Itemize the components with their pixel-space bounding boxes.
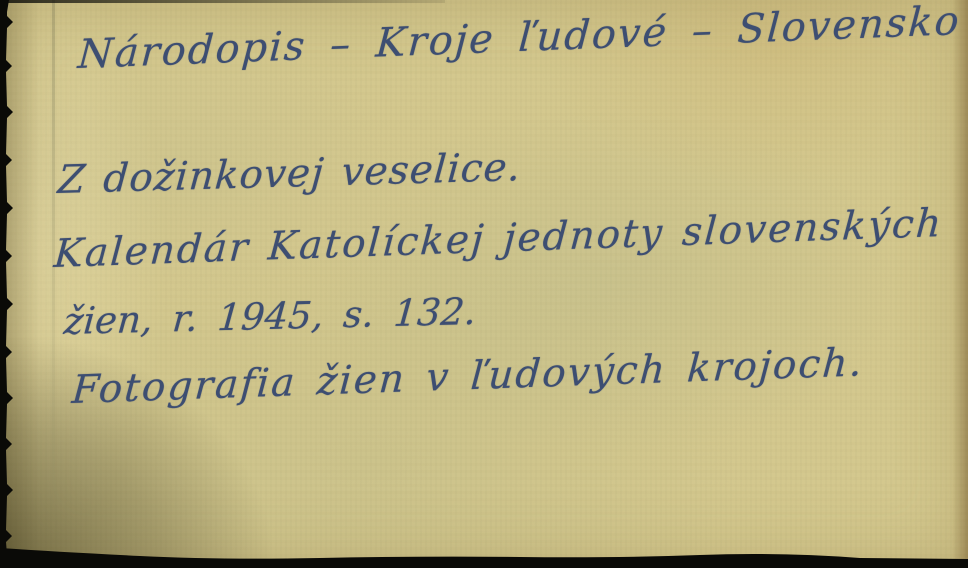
index-card-paper (5, 0, 968, 564)
scanned-index-card: Národopis – Kroje ľudové – Slovensko Z d… (0, 0, 968, 568)
